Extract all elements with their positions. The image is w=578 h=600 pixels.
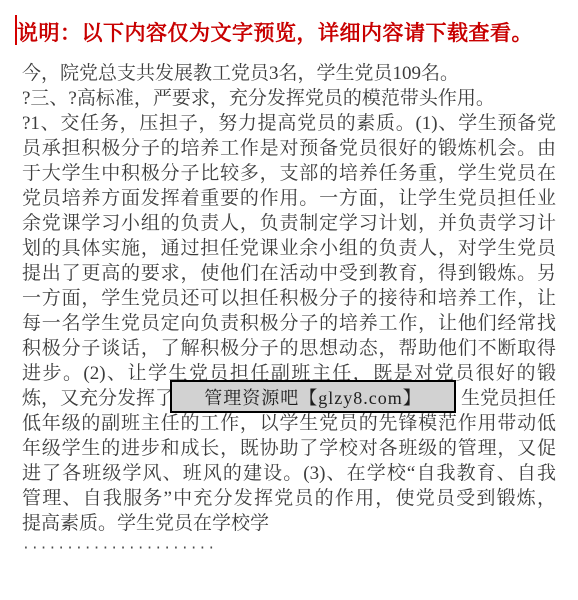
text-line: 提高素质。学生党员在学校学 bbox=[22, 511, 556, 536]
text-line: ?1、交任务，压担子，努力提高党员的素质。(1)、学生预备党 bbox=[22, 111, 556, 136]
text-line: 年级学生的进步和成长，既协助了学校对各班级的管理，又促 bbox=[22, 436, 556, 461]
text-line: ?三、?高标准，严要求，充分发挥党员的模范带头作用。 bbox=[22, 86, 556, 111]
text-line: 进了各班级学风、班风的建设。(3)、在学校“自我教育、自我 bbox=[22, 461, 556, 486]
text-line-left-fragment: 炼，又充分发挥了 bbox=[22, 386, 174, 411]
document-body: 今，院党总支共发展教工党员3名，学生党员109名。?三、?高标准，严要求，充分发… bbox=[22, 61, 556, 561]
text-line: 今，院党总支共发展教工党员3名，学生党员109名。 bbox=[22, 61, 556, 86]
watermark-text: 管理资源吧【glzy8.com】 bbox=[204, 384, 421, 410]
text-line: 提出了更高的要求，使他们在活动中受到教育，得到锻炼。另 bbox=[22, 261, 556, 286]
preview-notice: 说明：以下内容仅为文字预览，详细内容请下载查看。 bbox=[17, 17, 533, 47]
watermark-badge[interactable]: 管理资源吧【glzy8.com】 bbox=[170, 380, 456, 413]
truncation-dots: ······················ bbox=[22, 536, 556, 561]
text-line: 低年级的副班主任的工作，以学生党员的先锋模范作用带动低 bbox=[22, 411, 556, 436]
text-line: 积极分子谈话，了解积极分子的思想动态，帮助他们不断取得 bbox=[22, 336, 556, 361]
text-line: 一方面，学生党员还可以担任积极分子的接待和培养工作，让 bbox=[22, 286, 556, 311]
text-line: 管理、自我服务”中充分发挥党员的作用，使党员受到锻炼， bbox=[22, 486, 556, 511]
text-line: 员承担积极分子的培养工作是对预备党员很好的锻炼机会。由 bbox=[22, 136, 556, 161]
text-line: 于大学生中积极分子比较多，支部的培养任务重，学生党员在 bbox=[22, 161, 556, 186]
text-line: 余党课学习小组的负责人，负责制定学习计划，并负责学习计 bbox=[22, 211, 556, 236]
text-line: 每一名学生党员定向负责积极分子的培养工作，让他们经常找 bbox=[22, 311, 556, 336]
text-line: 划的具体实施，通过担任党课业余小组的负责人，对学生党员 bbox=[22, 236, 556, 261]
text-line-right-fragment: 生党员担任 bbox=[461, 386, 556, 411]
text-line: 党员培养方面发挥着重要的作用。一方面，让学生党员担任业 bbox=[22, 186, 556, 211]
